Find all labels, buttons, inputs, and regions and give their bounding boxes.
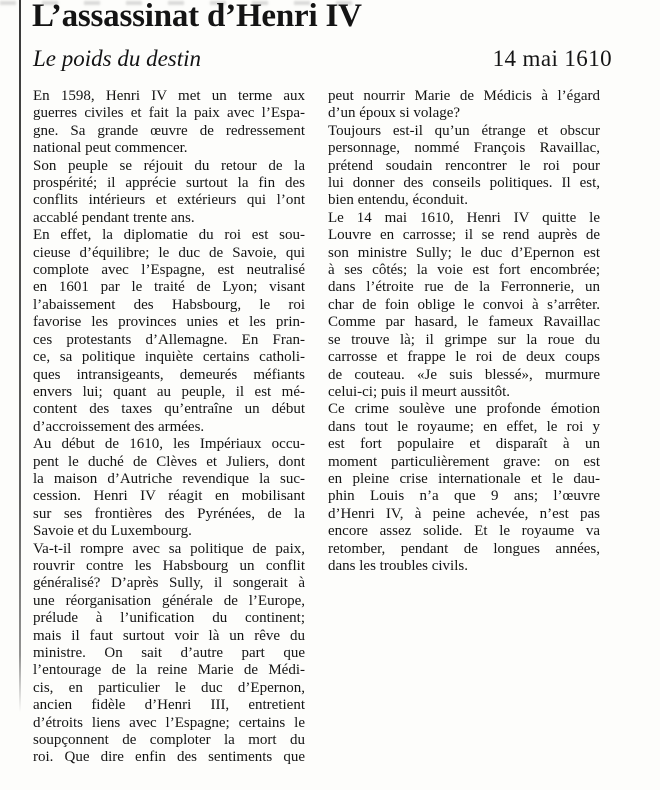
text-line: généralisé? D’après Sully, il songerait … — [33, 575, 305, 592]
text-line: ce, sa politique inquiète certains catho… — [33, 349, 305, 366]
text-line: ques intransigeants, demeurés méfiants — [33, 367, 305, 384]
text-line: est fort populaire et disparaît à un — [328, 436, 600, 453]
article-subheader: Le poids du destin 14 mai 1610 — [33, 47, 612, 70]
text-line: accablé pendant trente ans. — [33, 210, 305, 227]
text-line: peut nourrir Marie de Médicis à l’égard — [328, 88, 600, 105]
text-line: l’abaissement des Habsbourg, le roi — [33, 297, 305, 314]
text-line: de couteau. «Je suis blessé», murmure — [328, 367, 600, 384]
text-line: à ses côtés; la voie est fort encombrée; — [328, 262, 600, 279]
text-line: Au début de 1610, les Impériaux occu- — [33, 436, 305, 453]
text-line: lui donner des conseils politiques. Il e… — [328, 175, 600, 192]
text-line: d’accroissement des armées. — [33, 419, 305, 436]
text-line: Son peuple se réjouit du retour de la — [33, 158, 305, 175]
text-line: sur ses frontières des Pyrénées, de la — [33, 506, 305, 523]
text-line: en 1601 par le traité de Lyon; visant — [33, 279, 305, 296]
article-body: En 1598, Henri IV met un terme auxguerre… — [33, 88, 600, 767]
column-right: peut nourrir Marie de Médicis à l’égardd… — [328, 88, 600, 767]
text-line: la maison d’Autriche revendique la suc- — [33, 471, 305, 488]
text-line: soupçonnent de comploter la mort du — [33, 732, 305, 749]
text-line: cession. Henri IV réagit en mobilisant — [33, 488, 305, 505]
text-line: phin Louis n’a que 9 ans; l’œuvre — [328, 488, 600, 505]
text-line: national peut commencer. — [33, 140, 305, 157]
text-line: cieuse d’équilibre; le duc de Savoie, qu… — [33, 245, 305, 262]
text-line: son ministre Sully; le duc d’Epernon est — [328, 245, 600, 262]
text-line: Louvre en carrosse; il se rend auprès de — [328, 227, 600, 244]
text-line: envers lui; quant au peuple, il est mé- — [33, 384, 305, 401]
text-line: l’entourage de la reine Marie de Médi- — [33, 662, 305, 679]
text-line: cis, en particulier le duc d’Epernon, — [33, 680, 305, 697]
text-line: dans tout le royaume; en effet, le roi y — [328, 419, 600, 436]
text-line: prélude à l’unification du continent; — [33, 610, 305, 627]
text-line: En effet, la diplomatie du roi est sou- — [33, 227, 305, 244]
column-left: En 1598, Henri IV met un terme auxguerre… — [33, 88, 305, 767]
text-line: Toujours est-il qu’un étrange et obscur — [328, 123, 600, 140]
text-line: prétend soudain rencontrer le roi pour — [328, 158, 600, 175]
text-line: guerres civiles et fait la paix avec l’E… — [33, 105, 305, 122]
text-line: prospérité; il apprécie surtout la fin d… — [33, 175, 305, 192]
document-page: L’assassinat d’Henri IV Le poids du dest… — [0, 0, 660, 790]
text-line: d’étroits liens avec l’Espagne; certains… — [33, 715, 305, 732]
article-date: 14 mai 1610 — [493, 47, 612, 70]
text-line: d’un époux si volage? — [328, 105, 600, 122]
text-line: personnage, nommé François Ravaillac, — [328, 140, 600, 157]
article-subtitle: Le poids du destin — [33, 47, 201, 70]
text-line: Va-t-il rompre avec sa politique de paix… — [33, 541, 305, 558]
text-line: rouvrir contre les Habsbourg un conflit — [33, 558, 305, 575]
text-line: complote avec l’Espagne, est neutralisé — [33, 262, 305, 279]
text-line: Le 14 mai 1610, Henri IV quitte le — [328, 210, 600, 227]
text-line: d’Henri IV, à peine achevée, n’est pas — [328, 506, 600, 523]
text-line: carrosse et frappe le roi de deux coups — [328, 349, 600, 366]
text-line: mais il faut surtout voir là un rêve du — [33, 628, 305, 645]
text-line: conflits intérieurs et extérieurs qui l’… — [33, 192, 305, 209]
text-line: gne. Sa grande œuvre de redressement — [33, 123, 305, 140]
text-line: ces protestants d’Allemagne. En Fran- — [33, 332, 305, 349]
text-line: dans l’étroite rue de la Ferronnerie, un — [328, 279, 600, 296]
scan-artifact-fold-line — [19, 0, 21, 712]
text-line: une réorganisation générale de l’Europe, — [33, 593, 305, 610]
text-line: ancien fidèle d’Henri III, entretient — [33, 697, 305, 714]
text-line: moment particulièrement grave: on est — [328, 454, 600, 471]
text-line: retomber, pendant de longues années, — [328, 541, 600, 558]
text-line: se trouve là; il grimpe sur la roue du — [328, 332, 600, 349]
text-line: pent le duché de Clèves et Juliers, dont — [33, 454, 305, 471]
text-line: ministre. On sait d’autre part que — [33, 645, 305, 662]
text-line: content des taxes qu’entraîne un début — [33, 401, 305, 418]
text-line: celui-ci; puis il meurt aussitôt. — [328, 384, 600, 401]
text-line: en pleine crise internationale et le dau… — [328, 471, 600, 488]
article-title: L’assassinat d’Henri IV — [32, 0, 362, 33]
text-line: En 1598, Henri IV met un terme aux — [33, 88, 305, 105]
text-line: dans les troubles civils. — [328, 558, 600, 575]
text-line: roi. Que dire enfin des sentiments que — [33, 749, 305, 766]
text-line: Ce crime soulève une profonde émotion — [328, 401, 600, 418]
text-line: favorise les provinces unies et les prin… — [33, 314, 305, 331]
text-line: Savoie et du Luxembourg. — [33, 523, 305, 540]
text-line: Comme par hasard, le fameux Ravaillac — [328, 314, 600, 331]
text-line: bien entendu, éconduit. — [328, 192, 600, 209]
text-line: encore assez solide. Et le royaume va — [328, 523, 600, 540]
text-line: char de foin oblige le convoi à s’arrête… — [328, 297, 600, 314]
